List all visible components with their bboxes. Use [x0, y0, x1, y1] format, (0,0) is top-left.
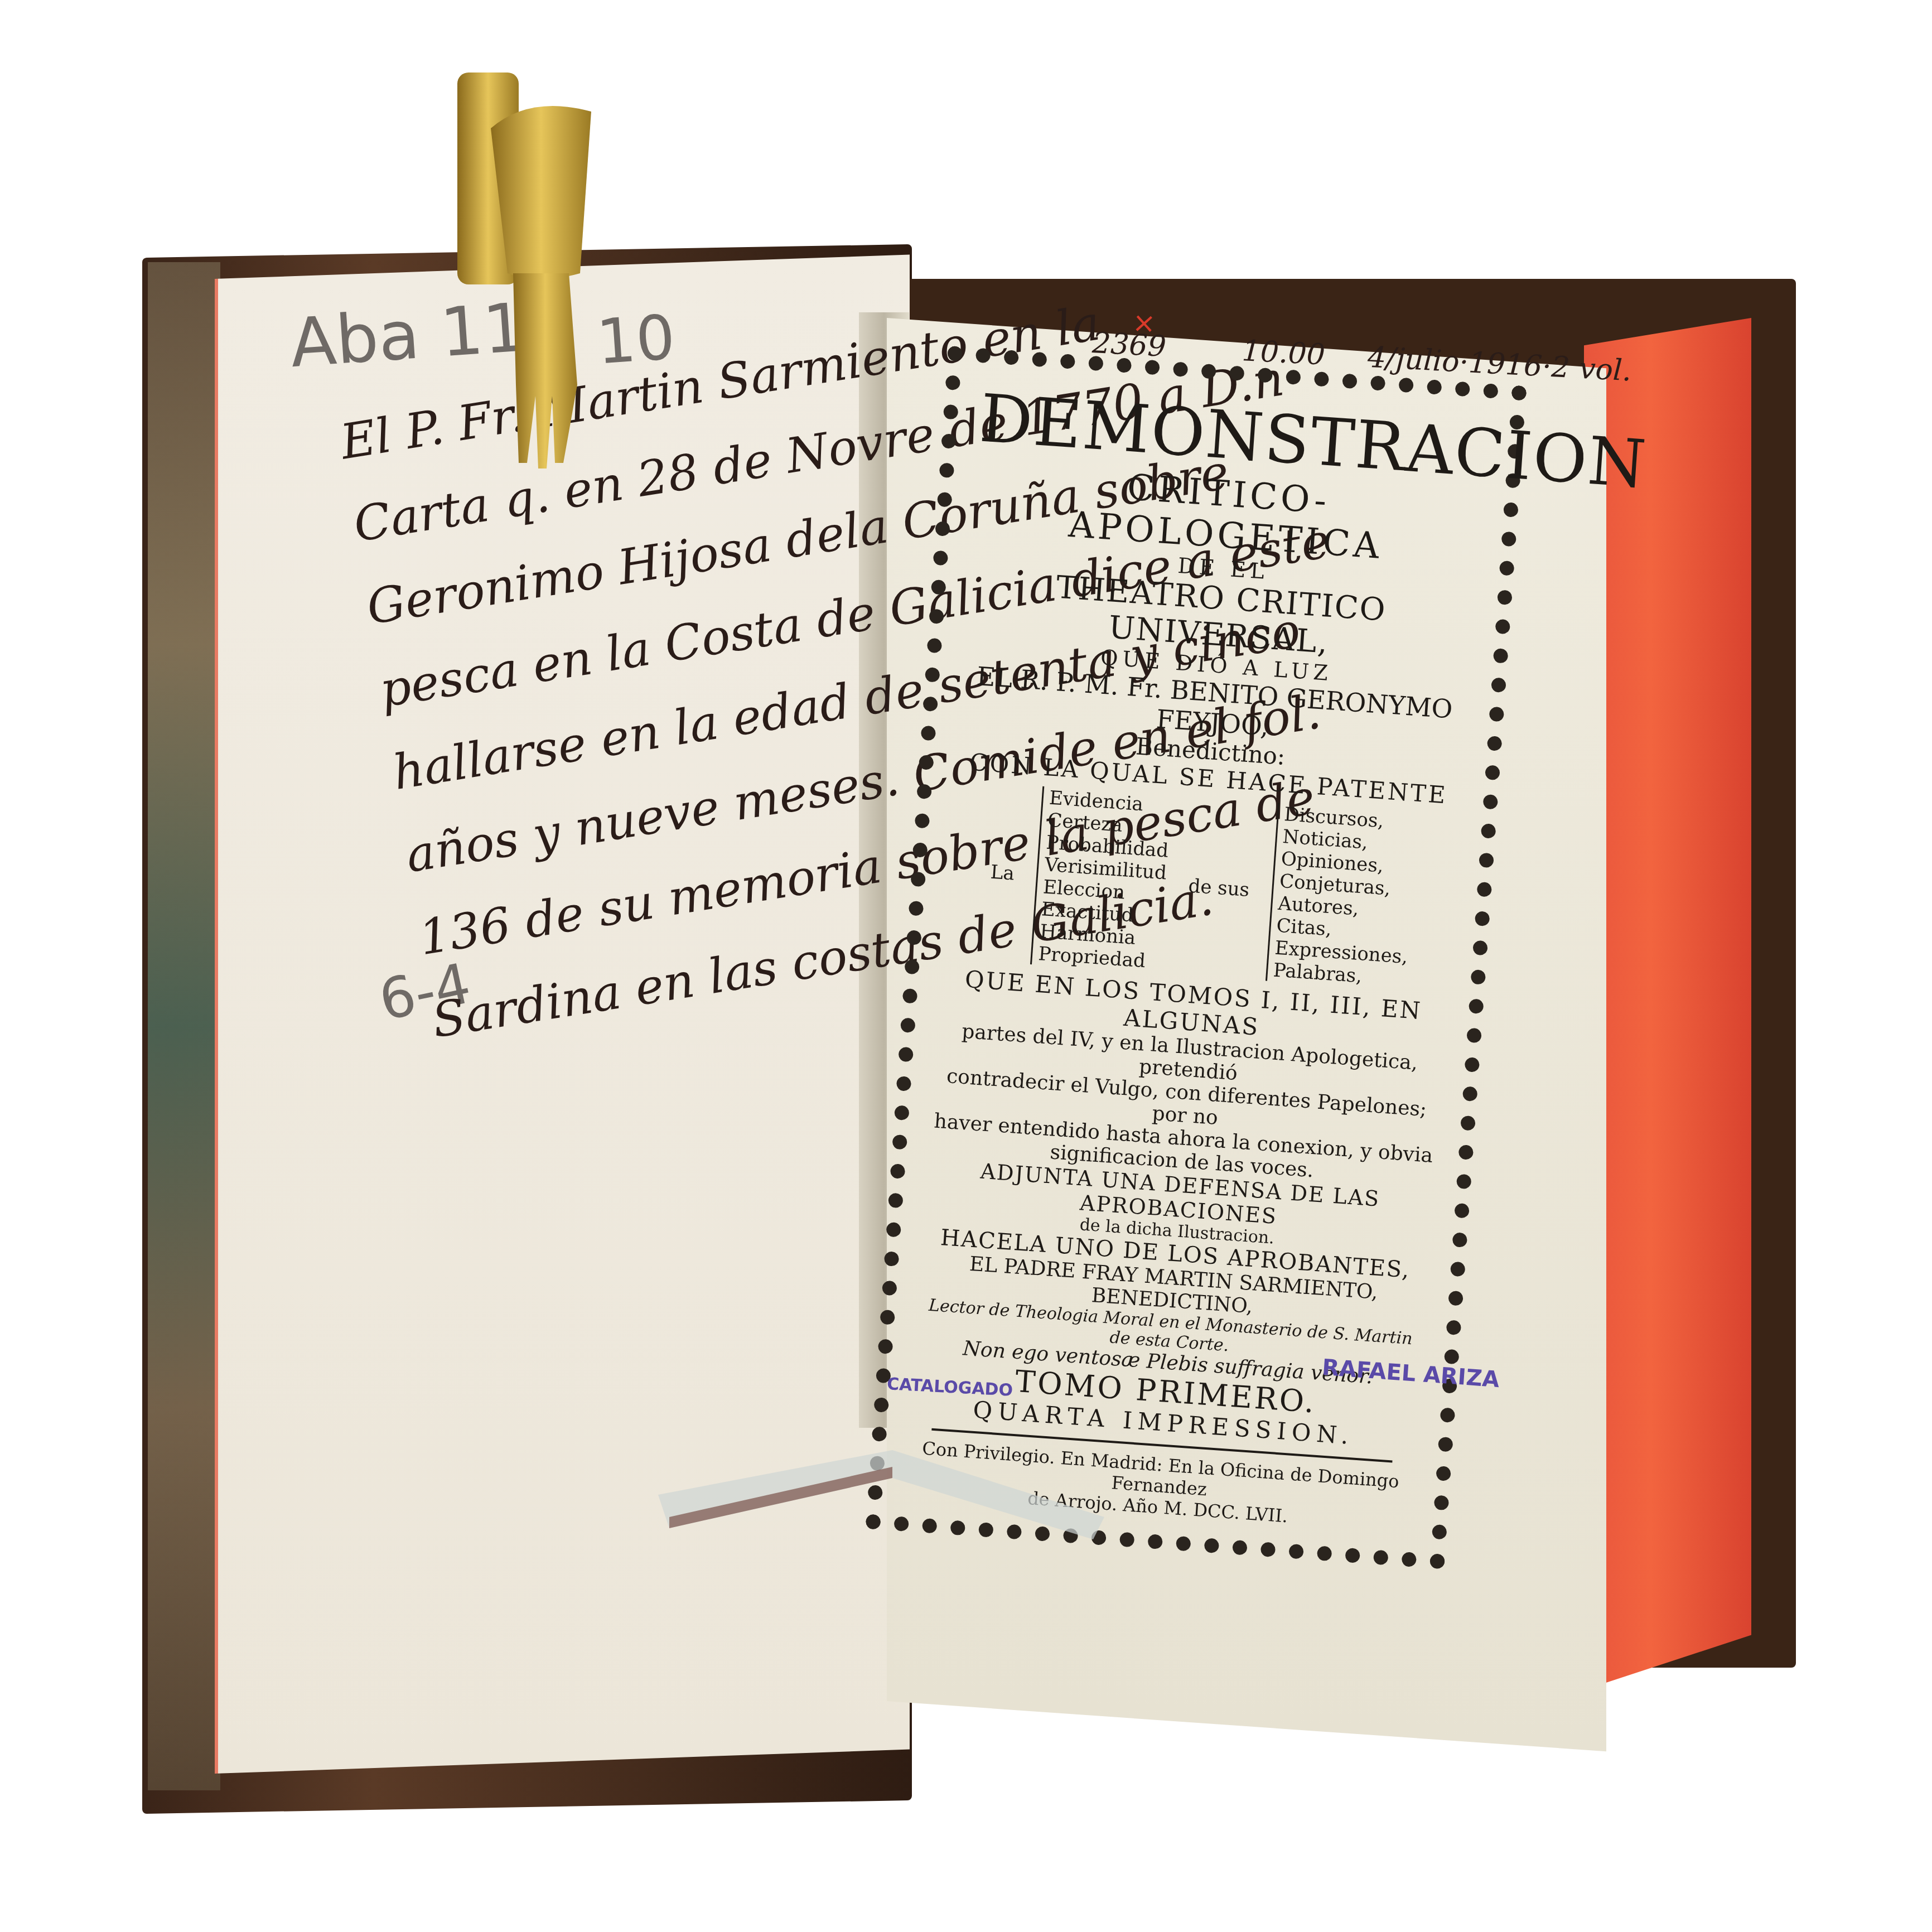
bracketed-list: La Evidencia Certeza Probabilidad Verisi…: [942, 780, 1460, 994]
red-x-mark: ×: [1132, 306, 1157, 340]
list-middle: de sus: [1187, 875, 1250, 901]
marbled-spine-edge: [148, 262, 220, 1790]
acrylic-book-stand-icon: [658, 1405, 1104, 1551]
red-page-edges: [1584, 318, 1751, 1690]
brass-hand-bookmark-icon: [457, 73, 602, 474]
price-note: 10.00: [1241, 334, 1326, 372]
list-right: Discursos, Noticias, Opiniones, Conjetur…: [1266, 803, 1418, 991]
list-left: Evidencia Certeza Probabilidad Verisimil…: [1030, 786, 1172, 973]
list-prefix: La: [990, 861, 1016, 885]
